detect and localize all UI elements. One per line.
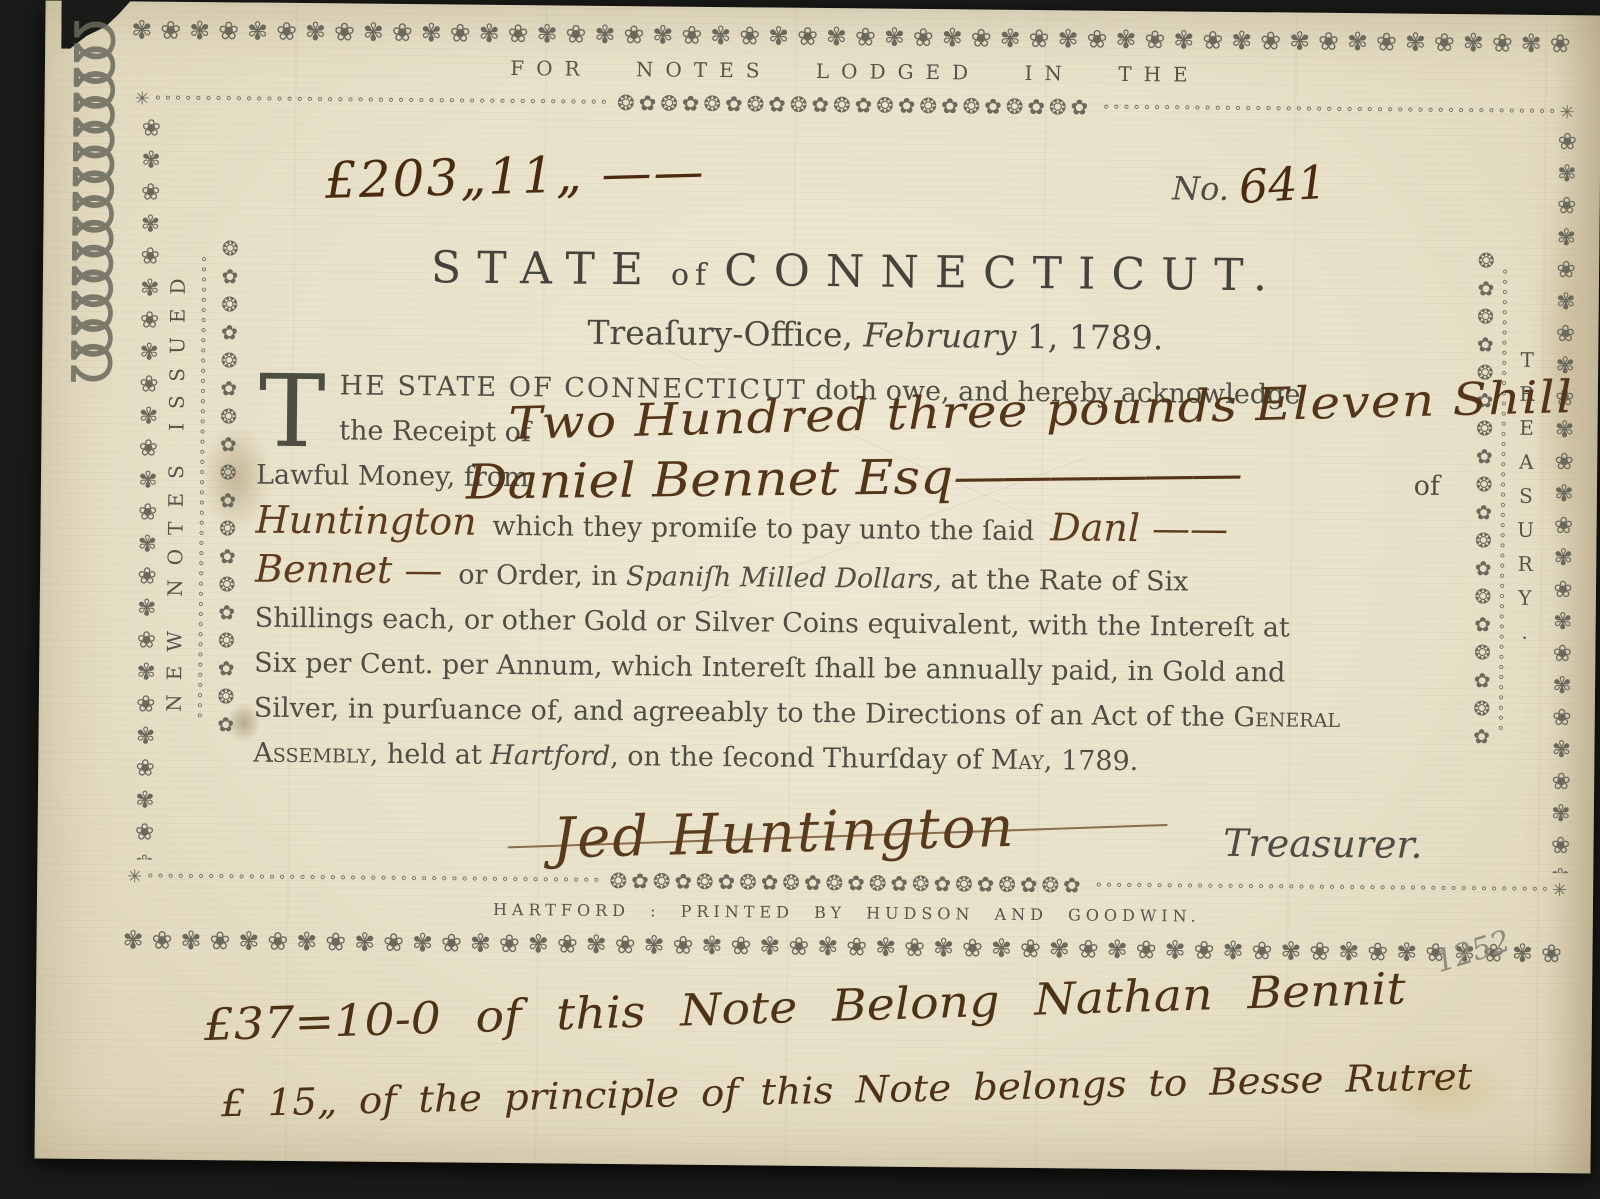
left-edge-loops-ornament: ΩΩΩΩΩΩΩΩΩΩΩΩΩΩ: [40, 19, 129, 950]
title-of: of: [659, 257, 725, 293]
corner-ornament: ✳: [1548, 880, 1571, 901]
corner-ornament: ✳: [1555, 102, 1578, 123]
title-connecticut: CONNECTICUT.: [724, 245, 1283, 301]
circle-chain: ∘∘∘∘∘∘∘∘∘∘∘∘∘∘∘∘∘∘∘∘∘∘∘∘∘∘∘∘∘∘∘∘∘∘∘∘∘∘∘∘…: [154, 82, 608, 120]
certificate-content: £203„11„ —— No. 641 STATEofCONNECTICUT. …: [234, 116, 1467, 872]
note-number: No. 641: [1172, 156, 1327, 211]
number-value: 641: [1238, 155, 1329, 214]
drop-cap: T: [256, 363, 340, 452]
left-margin-ornaments: ❀✾❀✾❀✾❀✾❀✾❀✾❀✾❀✾❀✾❀✾❀✾❀✾❀✾❀✾❀✾ NEW NOTES…: [123, 115, 241, 860]
circle-chain: ∘∘∘∘∘∘∘∘∘∘∘∘∘∘∘∘∘∘∘∘∘∘∘∘∘∘∘∘∘∘∘∘∘∘∘∘∘∘∘∘…: [1102, 91, 1556, 129]
payee-handwritten: Danl ——: [1050, 505, 1228, 552]
number-label: No.: [1172, 169, 1229, 208]
signature-row: Jed Huntington Treasurer.: [252, 786, 1451, 909]
treasurer-title: Treasurer.: [1223, 821, 1423, 867]
right-margin-ornaments: ❂✿❂✿❂✿❂✿❂✿❂✿❂✿❂✿❂✿ ∘∘∘∘∘∘∘∘∘∘∘∘∘∘∘∘∘∘∘∘∘…: [1460, 128, 1578, 873]
photo-background: ΩΩΩΩΩΩΩΩΩΩΩΩΩΩ ✾❀✾❀✾❀✾❀✾❀✾❀✾❀✾❀✾❀✾❀✾❀✾❀✾…: [0, 0, 1600, 1199]
corner-ornament: ✳: [131, 88, 154, 109]
corner-ornament: ✳: [123, 866, 146, 887]
title-state: STATE: [431, 242, 659, 295]
town-handwritten: Huntington: [255, 498, 476, 545]
dateline: Treaſury-Office, February 1, 1789.: [587, 313, 1455, 360]
ownership-note-2: £ 15„ of the principle of this Note belo…: [221, 1055, 1473, 1125]
left-margin-label: NEW NOTES ISSUED: [155, 116, 196, 860]
amount-and-number-row: £203„11„ —— No. 641: [258, 145, 1457, 234]
ownership-note-1: £37=10-0 of this Note Belong Nathan Benn…: [203, 963, 1406, 1051]
surname-handwritten: Bennet —: [255, 547, 443, 594]
date-rest: 1, 1789.: [1027, 317, 1164, 357]
amount-field: £203„11„ ——: [324, 142, 706, 210]
treasurer-signature: Jed Huntington: [552, 795, 1016, 872]
body-paragraph: T HE STATE OF CONNECTICUT doth owe, and …: [253, 363, 1455, 787]
document-title: STATEofCONNECTICUT.: [258, 241, 1456, 303]
date-month: February: [863, 315, 1016, 355]
office-label: Treaſury-Office,: [587, 313, 853, 355]
payer-name-handwritten: Daniel Bennet Esq——————: [466, 452, 1239, 506]
certificate-frame: ✾❀✾❀✾❀✾❀✾❀✾❀✾❀✾❀✾❀✾❀✾❀✾❀✾❀✾❀✾❀✾❀✾❀✾❀✾❀✾❀…: [122, 11, 1579, 973]
document-paper: ΩΩΩΩΩΩΩΩΩΩΩΩΩΩ ✾❀✾❀✾❀✾❀✾❀✾❀✾❀✾❀✾❀✾❀✾❀✾❀✾…: [34, 1, 1600, 1174]
wreath-chain: ❂✿❂✿❂✿❂✿❂✿❂✿❂✿❂✿❂✿❂✿❂✿: [607, 86, 1102, 125]
